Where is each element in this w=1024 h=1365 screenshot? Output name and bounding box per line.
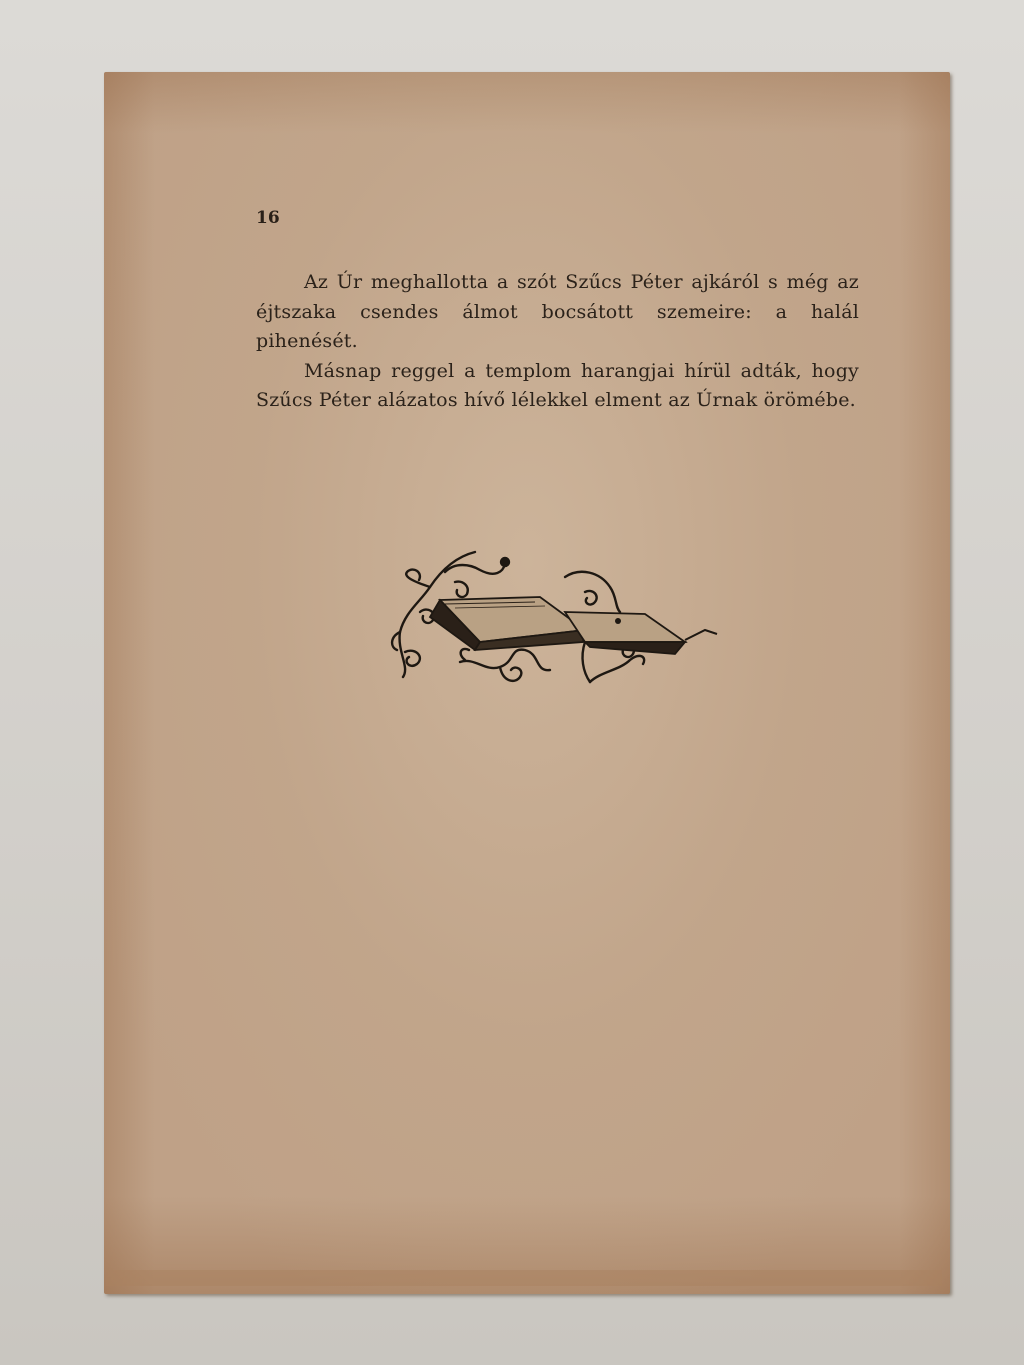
page-edge-shadow <box>106 1270 942 1286</box>
paragraph-1: Az Úr meghallotta a szót Szűcs Péter ajk… <box>256 268 859 357</box>
paragraph-2: Másnap reggel a templom harangjai hírül … <box>256 357 859 416</box>
page-number: 16 <box>256 208 280 228</box>
book-ornament-icon <box>385 542 720 697</box>
body-text: Az Úr meghallotta a szót Szűcs Péter ajk… <box>256 268 859 416</box>
